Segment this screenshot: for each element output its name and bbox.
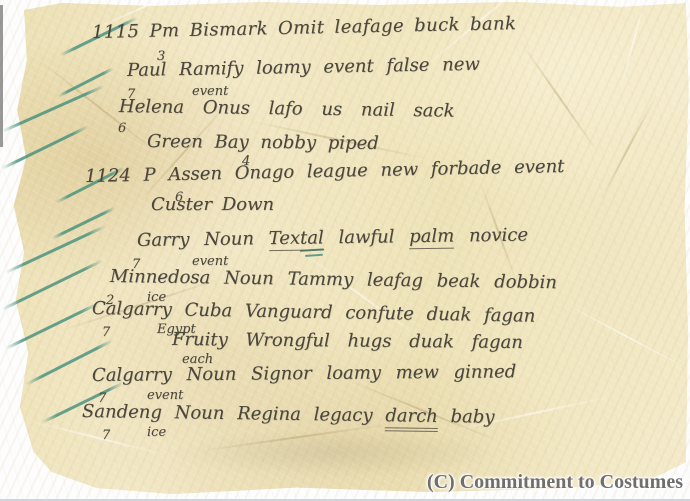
sub-annotation: 6 bbox=[118, 122, 126, 135]
sub-annotation: 7 bbox=[102, 429, 110, 442]
line-text: Fruity Wrongful hugs duak fagan bbox=[172, 329, 523, 353]
underlined-word: Textal bbox=[269, 227, 324, 251]
sub-annotation: 7 bbox=[102, 326, 110, 339]
line-text: Green Bay nobby piped bbox=[147, 131, 379, 154]
watermark: (C) Commitment to Costumes bbox=[427, 471, 683, 494]
sub-annotation: event bbox=[147, 389, 183, 402]
underlined-word: darch bbox=[385, 405, 438, 432]
sub-annotation: ice bbox=[147, 291, 166, 304]
line-text: Custer Down bbox=[151, 194, 274, 215]
sub-annotation: 3 bbox=[157, 50, 165, 63]
sub-annotation: 6 bbox=[175, 191, 183, 204]
handwritten-line: Green Bay nobby piped bbox=[147, 133, 379, 153]
sub-annotation: each bbox=[182, 353, 213, 366]
line-text: Calgarry Noun Signor loamy mew ginned bbox=[92, 361, 516, 386]
underlined-word: palm bbox=[409, 226, 454, 250]
handwritten-line: Helena Onus lafo us nail sack bbox=[119, 98, 455, 121]
sub-annotation: event bbox=[192, 85, 228, 98]
line-text: novice bbox=[454, 225, 528, 247]
line-text: lawful bbox=[324, 226, 410, 248]
handwritten-line: Calgarry Noun Signor loamy mew ginned bbox=[92, 363, 516, 385]
line-text: baby bbox=[438, 406, 495, 428]
sub-annotation: event bbox=[192, 255, 228, 268]
scanner-edge-artifact bbox=[0, 5, 3, 147]
handwritten-line: Fruity Wrongful hugs duak fagan bbox=[172, 331, 523, 352]
handwritten-line: Custer Down bbox=[151, 196, 274, 214]
scanned-photo: 1115 Pm Bismark Omit leafage buck bank P… bbox=[0, 0, 690, 501]
sub-annotation: 4 bbox=[242, 155, 250, 168]
sub-annotation: 7 bbox=[127, 88, 135, 101]
sub-annotation: Egypt bbox=[157, 323, 196, 336]
line-text: Garry Noun bbox=[137, 228, 269, 251]
sub-annotation: ice bbox=[147, 426, 166, 439]
sub-annotation: 7 bbox=[132, 258, 140, 271]
sub-annotation: 2 bbox=[106, 294, 114, 307]
line-text: Sandeng Noun Regina legacy bbox=[82, 401, 386, 426]
sub-annotation: 7 bbox=[98, 392, 106, 405]
